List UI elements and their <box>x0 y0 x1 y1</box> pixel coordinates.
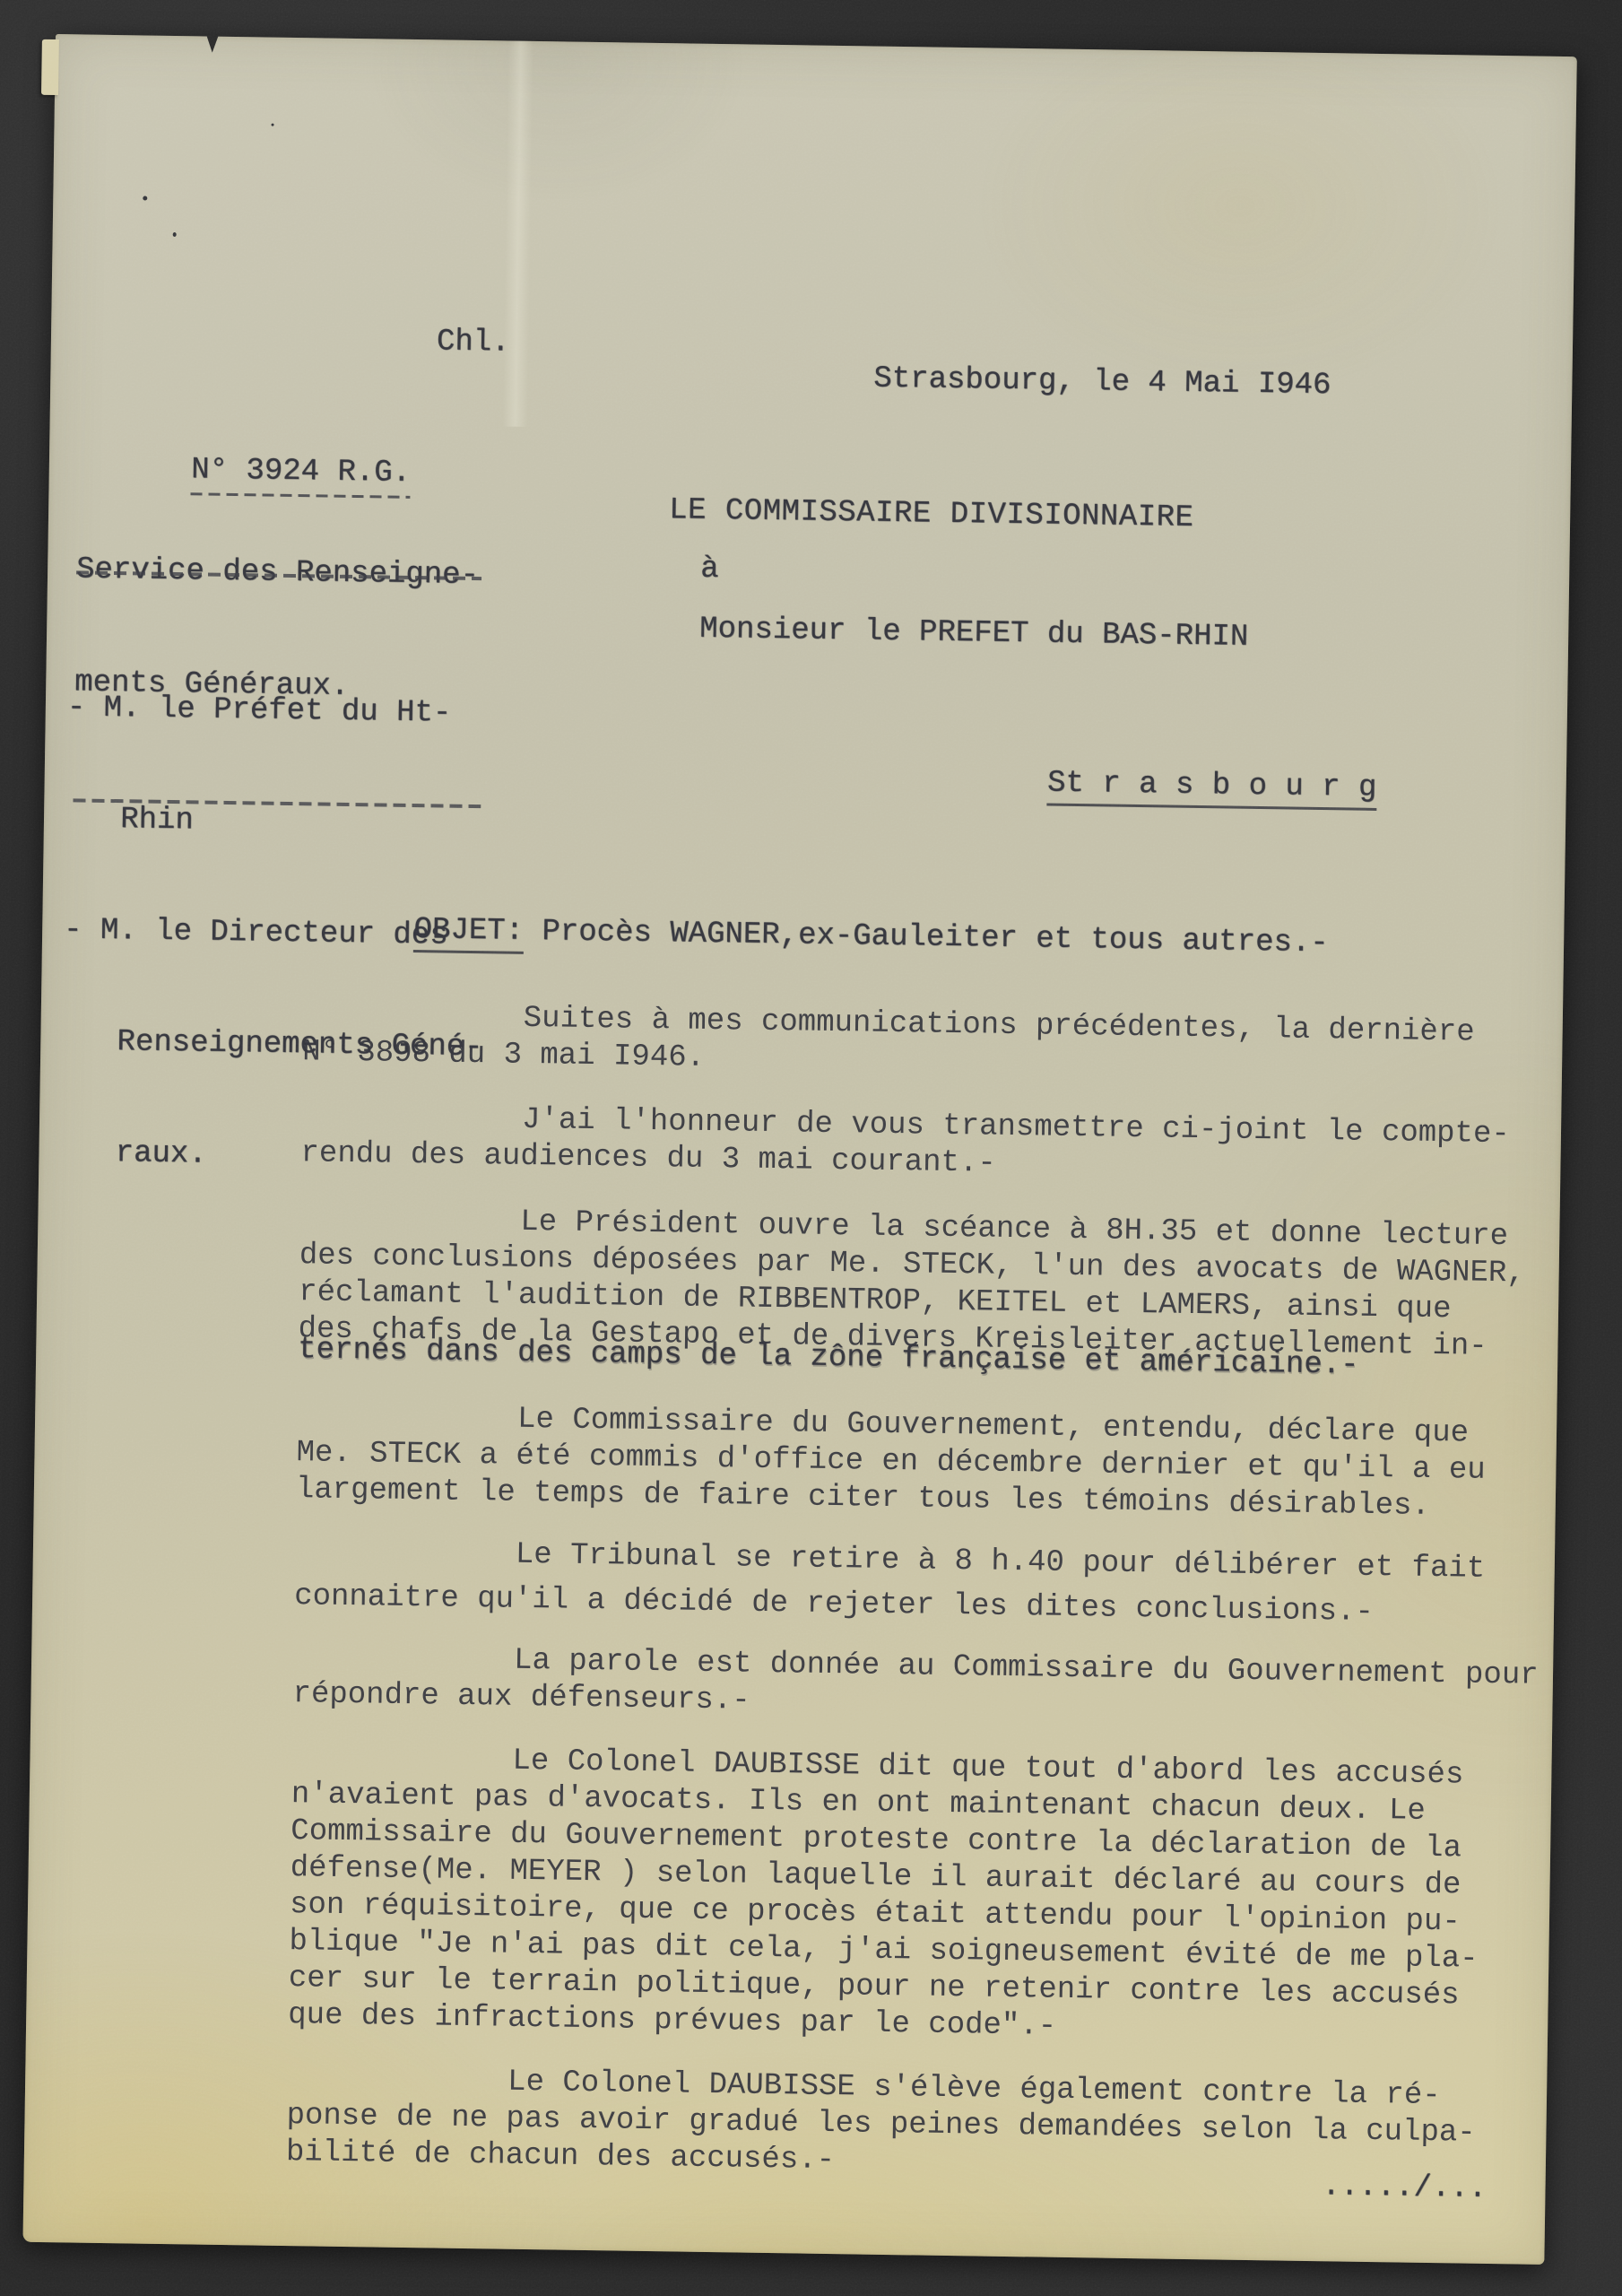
recipient-line: Monsieur le PREFET du BAS-RHIN <box>699 611 1249 657</box>
paragraph: Suites à mes communications précédentes,… <box>302 997 1594 1090</box>
paper-top-notch <box>206 34 219 52</box>
copy-recipient-line: - M. le Préfet du Ht- <box>67 690 489 732</box>
paper-edge-tab <box>41 39 59 95</box>
paper-speck <box>143 196 147 200</box>
copy-recipient-line: Rhin <box>65 801 487 843</box>
subject-text: Procès WAGNER,ex-Gauleiter et tous autre… <box>524 915 1329 961</box>
recipient-city: St r a s b o u r g <box>937 726 1378 845</box>
salutation-particle: à <box>700 551 719 588</box>
paper-speck <box>173 232 177 237</box>
paper-speck <box>272 124 274 126</box>
paragraph: Le Tribunal se retire à 8 h.40 pour déli… <box>294 1534 1586 1634</box>
dateline: Strasbourg, le 4 Mai I946 <box>873 361 1331 405</box>
document-page: Chl. Strasbourg, le 4 Mai I946 N° 3924 R… <box>22 34 1576 2265</box>
scan-background-mount: Chl. Strasbourg, le 4 Mai I946 N° 3924 R… <box>0 0 1622 2296</box>
subject-label: OBJET: <box>413 913 524 954</box>
paragraph: J'ai l'honneur de vous transmettre ci-jo… <box>300 1099 1592 1191</box>
paragraph: La parole est donnée au Commissaire du G… <box>292 1639 1584 1732</box>
paragraph: Le Commissaire du Gouvernement, entendu,… <box>296 1398 1589 1527</box>
typed-line: connaitre qu'il a décidé de rejeter les … <box>294 1578 1585 1634</box>
subject-line: OBJET: Procès WAGNER,ex-Gauleiter et tou… <box>303 872 1329 1000</box>
paragraph: Le Colonel DAUBISSE dit que tout d'abord… <box>288 1740 1583 2053</box>
recipient-city-text: St r a s b o u r g <box>1047 767 1377 811</box>
paper-crease <box>503 40 533 426</box>
sender-title: LE COMMISSAIRE DIVISIONNAIRE <box>669 491 1194 537</box>
continuation-mark: ...../... <box>1322 2168 1487 2208</box>
paragraph: Le Président ouvre la scéance à 8H.35 et… <box>298 1201 1592 1387</box>
typist-initials: Chl. <box>437 323 510 361</box>
